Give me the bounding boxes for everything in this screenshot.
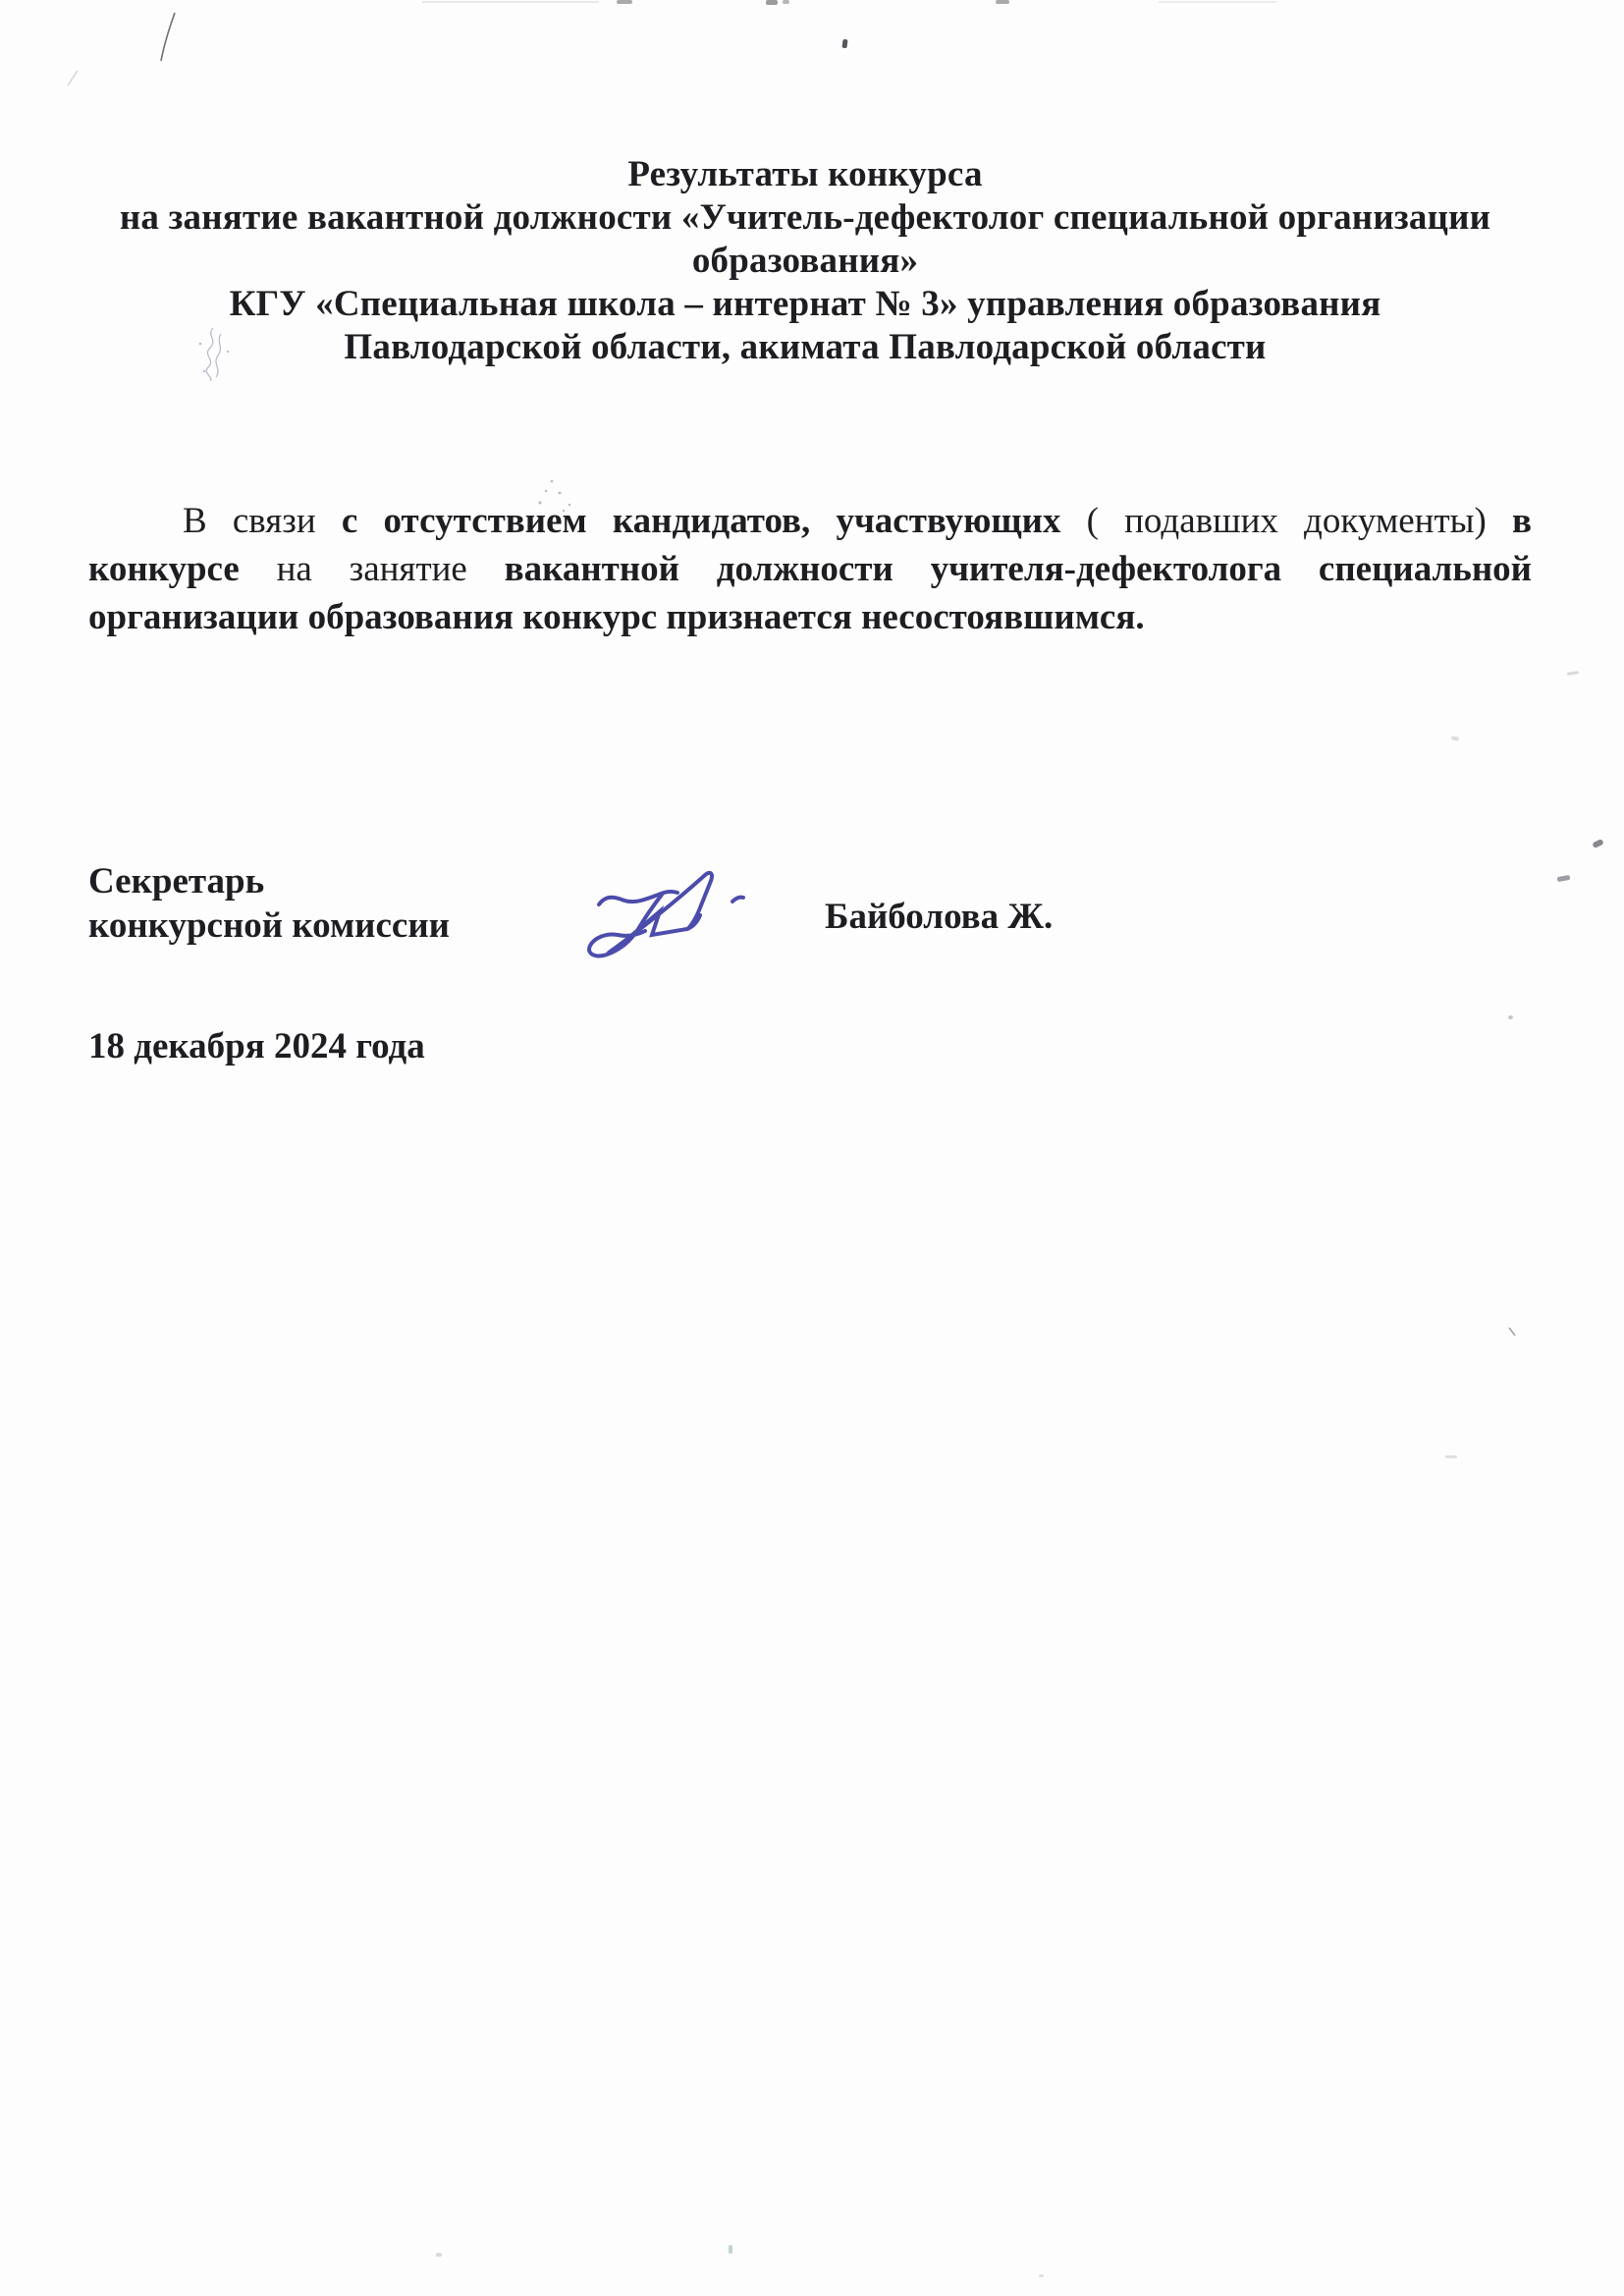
scan-artifact-top-edge xyxy=(766,0,778,5)
scan-artifact-speck xyxy=(1039,2274,1044,2277)
scan-artifact-speck-icon xyxy=(1507,1326,1517,1338)
scan-artifact-speck xyxy=(729,2245,732,2254)
scan-artifact-speck xyxy=(1567,671,1579,676)
scan-artifact-speckles-icon xyxy=(530,475,577,515)
scan-artifact-top-edge xyxy=(1159,1,1276,3)
scan-artifact-top-edge xyxy=(617,0,632,4)
title-line-5: Павлодарской области, акимата Павлодарск… xyxy=(29,326,1581,369)
scan-artifact-smudge-icon xyxy=(189,324,238,385)
text-run-bold: конкурсе xyxy=(88,549,240,589)
scan-artifact-speck xyxy=(1557,875,1571,882)
scan-artifact-speck xyxy=(1508,1015,1513,1019)
paragraph-line-2: конкурсе на занятие вакантной должности … xyxy=(88,545,1532,593)
scan-artifact-dot xyxy=(841,39,847,49)
scan-artifact-speck xyxy=(436,2253,442,2257)
scan-artifact-speck xyxy=(1445,1455,1457,1458)
title-line-2: на занятие вакантной должности «Учитель-… xyxy=(29,196,1581,240)
scan-artifact-top-edge xyxy=(996,0,1009,4)
document-title: Результаты конкурса на занятие вакантной… xyxy=(29,153,1581,369)
paragraph-line-1: В связи с отсутствием кандидатов, участв… xyxy=(88,497,1532,545)
scan-artifact-top-edge xyxy=(783,0,789,4)
paragraph-line-3: организации образования конкурс признает… xyxy=(88,593,1532,641)
text-run-bold: с отсутствием кандидатов, участвующих xyxy=(342,501,1061,541)
signatory-role: Секретарь конкурсной комиссии xyxy=(88,859,450,948)
document-date: 18 декабря 2024 года xyxy=(88,1025,425,1068)
body-paragraph: В связи с отсутствием кандидатов, участв… xyxy=(88,497,1532,641)
pen-mark-icon xyxy=(155,10,183,65)
scan-artifact-speck xyxy=(1592,839,1604,848)
handwritten-signature-ink-icon xyxy=(566,848,805,994)
title-line-1: Результаты конкурса xyxy=(29,153,1581,196)
text-run-bold: вакантной должности учителя-дефектолога … xyxy=(505,549,1532,589)
scan-artifact-top-edge xyxy=(422,1,599,3)
scan-artifact-tick-icon xyxy=(65,69,81,88)
title-line-3: образования» xyxy=(29,240,1581,283)
text-run-regular: В связи xyxy=(183,501,342,541)
signatory-name: Байболова Ж. xyxy=(825,896,1053,939)
text-run-bold: организации образования конкурс признает… xyxy=(88,597,1145,637)
text-run-regular: ( подавших документы) xyxy=(1060,501,1512,541)
signatory-role-line-2: конкурсной комиссии xyxy=(88,903,450,948)
text-run-regular: на занятие xyxy=(240,549,505,589)
title-line-4: КГУ «Специальная школа – интернат № 3» у… xyxy=(29,283,1581,326)
scanned-document-page: Результаты конкурса на занятие вакантной… xyxy=(0,0,1624,2296)
text-run-bold: в xyxy=(1512,501,1532,541)
scan-artifact-speck xyxy=(1451,736,1460,740)
signatory-role-line-1: Секретарь xyxy=(88,859,450,903)
